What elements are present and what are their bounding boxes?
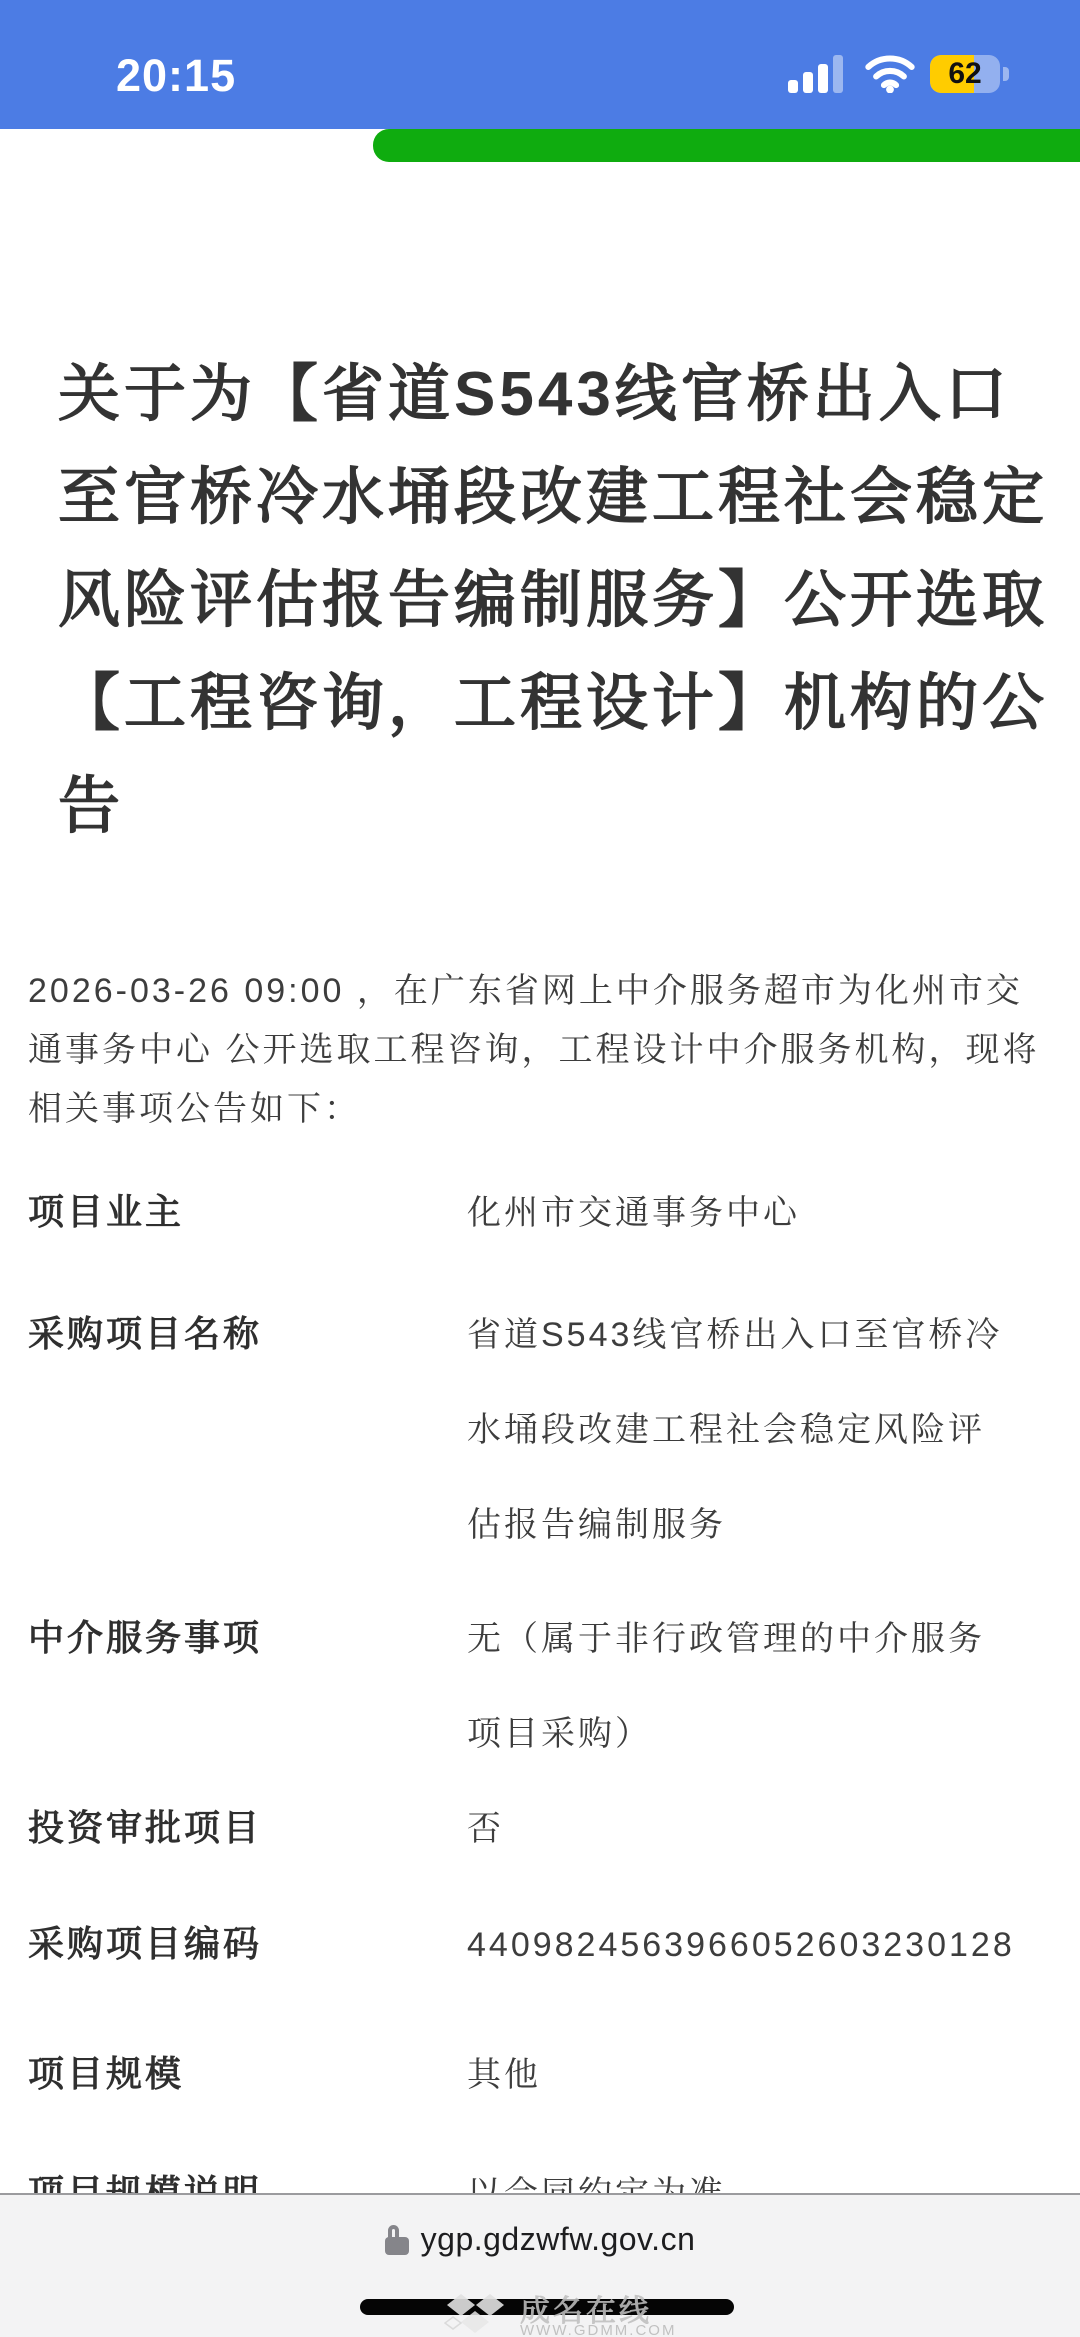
url-row[interactable]: ygp.gdzwfw.gov.cn <box>0 2221 1080 2258</box>
status-bar: 20:15 62 <box>0 0 1080 129</box>
field-label: 采购项目名称 <box>28 1312 262 1356</box>
battery-tip <box>1003 67 1009 81</box>
field-label: 中介服务事项 <box>28 1616 262 1660</box>
field-label: 采购项目编码 <box>28 1922 262 1966</box>
field-label: 项目业主 <box>28 1190 184 1234</box>
field-value: 4409824563966052603230128 <box>467 1898 1015 1993</box>
browser-address-bar[interactable]: ygp.gdzwfw.gov.cn <box>0 2193 1080 2337</box>
field-value: 无（属于非行政管理的中介服务项目采购） <box>467 1592 1015 1782</box>
lock-icon <box>385 2225 409 2255</box>
clipped-green-button[interactable] <box>373 129 1080 162</box>
field-value: 化州市交通事务中心 <box>467 1166 1015 1261</box>
field-label: 项目规模 <box>28 2052 184 2096</box>
announcement-fields: 项目业主 化州市交通事务中心 采购项目名称 省道S543线官桥出入口至官桥冷水埇… <box>0 0 1080 2337</box>
home-indicator[interactable] <box>360 2299 734 2315</box>
clock: 20:15 <box>116 50 236 102</box>
field-label: 投资审批项目 <box>28 1806 262 1850</box>
wifi-icon <box>864 53 916 98</box>
phone-screen: 20:15 62 关于为【省道S543线官桥出入口至官桥冷水埇段改建工程社会稳定… <box>0 0 1080 2337</box>
cellular-signal-icon <box>788 55 846 93</box>
field-value: 其他 <box>467 2028 1015 2123</box>
url-text[interactable]: ygp.gdzwfw.gov.cn <box>421 2221 696 2258</box>
field-value: 省道S543线官桥出入口至官桥冷水埇段改建工程社会稳定风险评估报告编制服务 <box>467 1288 1015 1573</box>
field-value: 否 <box>467 1782 1015 1877</box>
battery-icon: 62 <box>930 55 1000 93</box>
battery-percent: 62 <box>930 55 1000 93</box>
